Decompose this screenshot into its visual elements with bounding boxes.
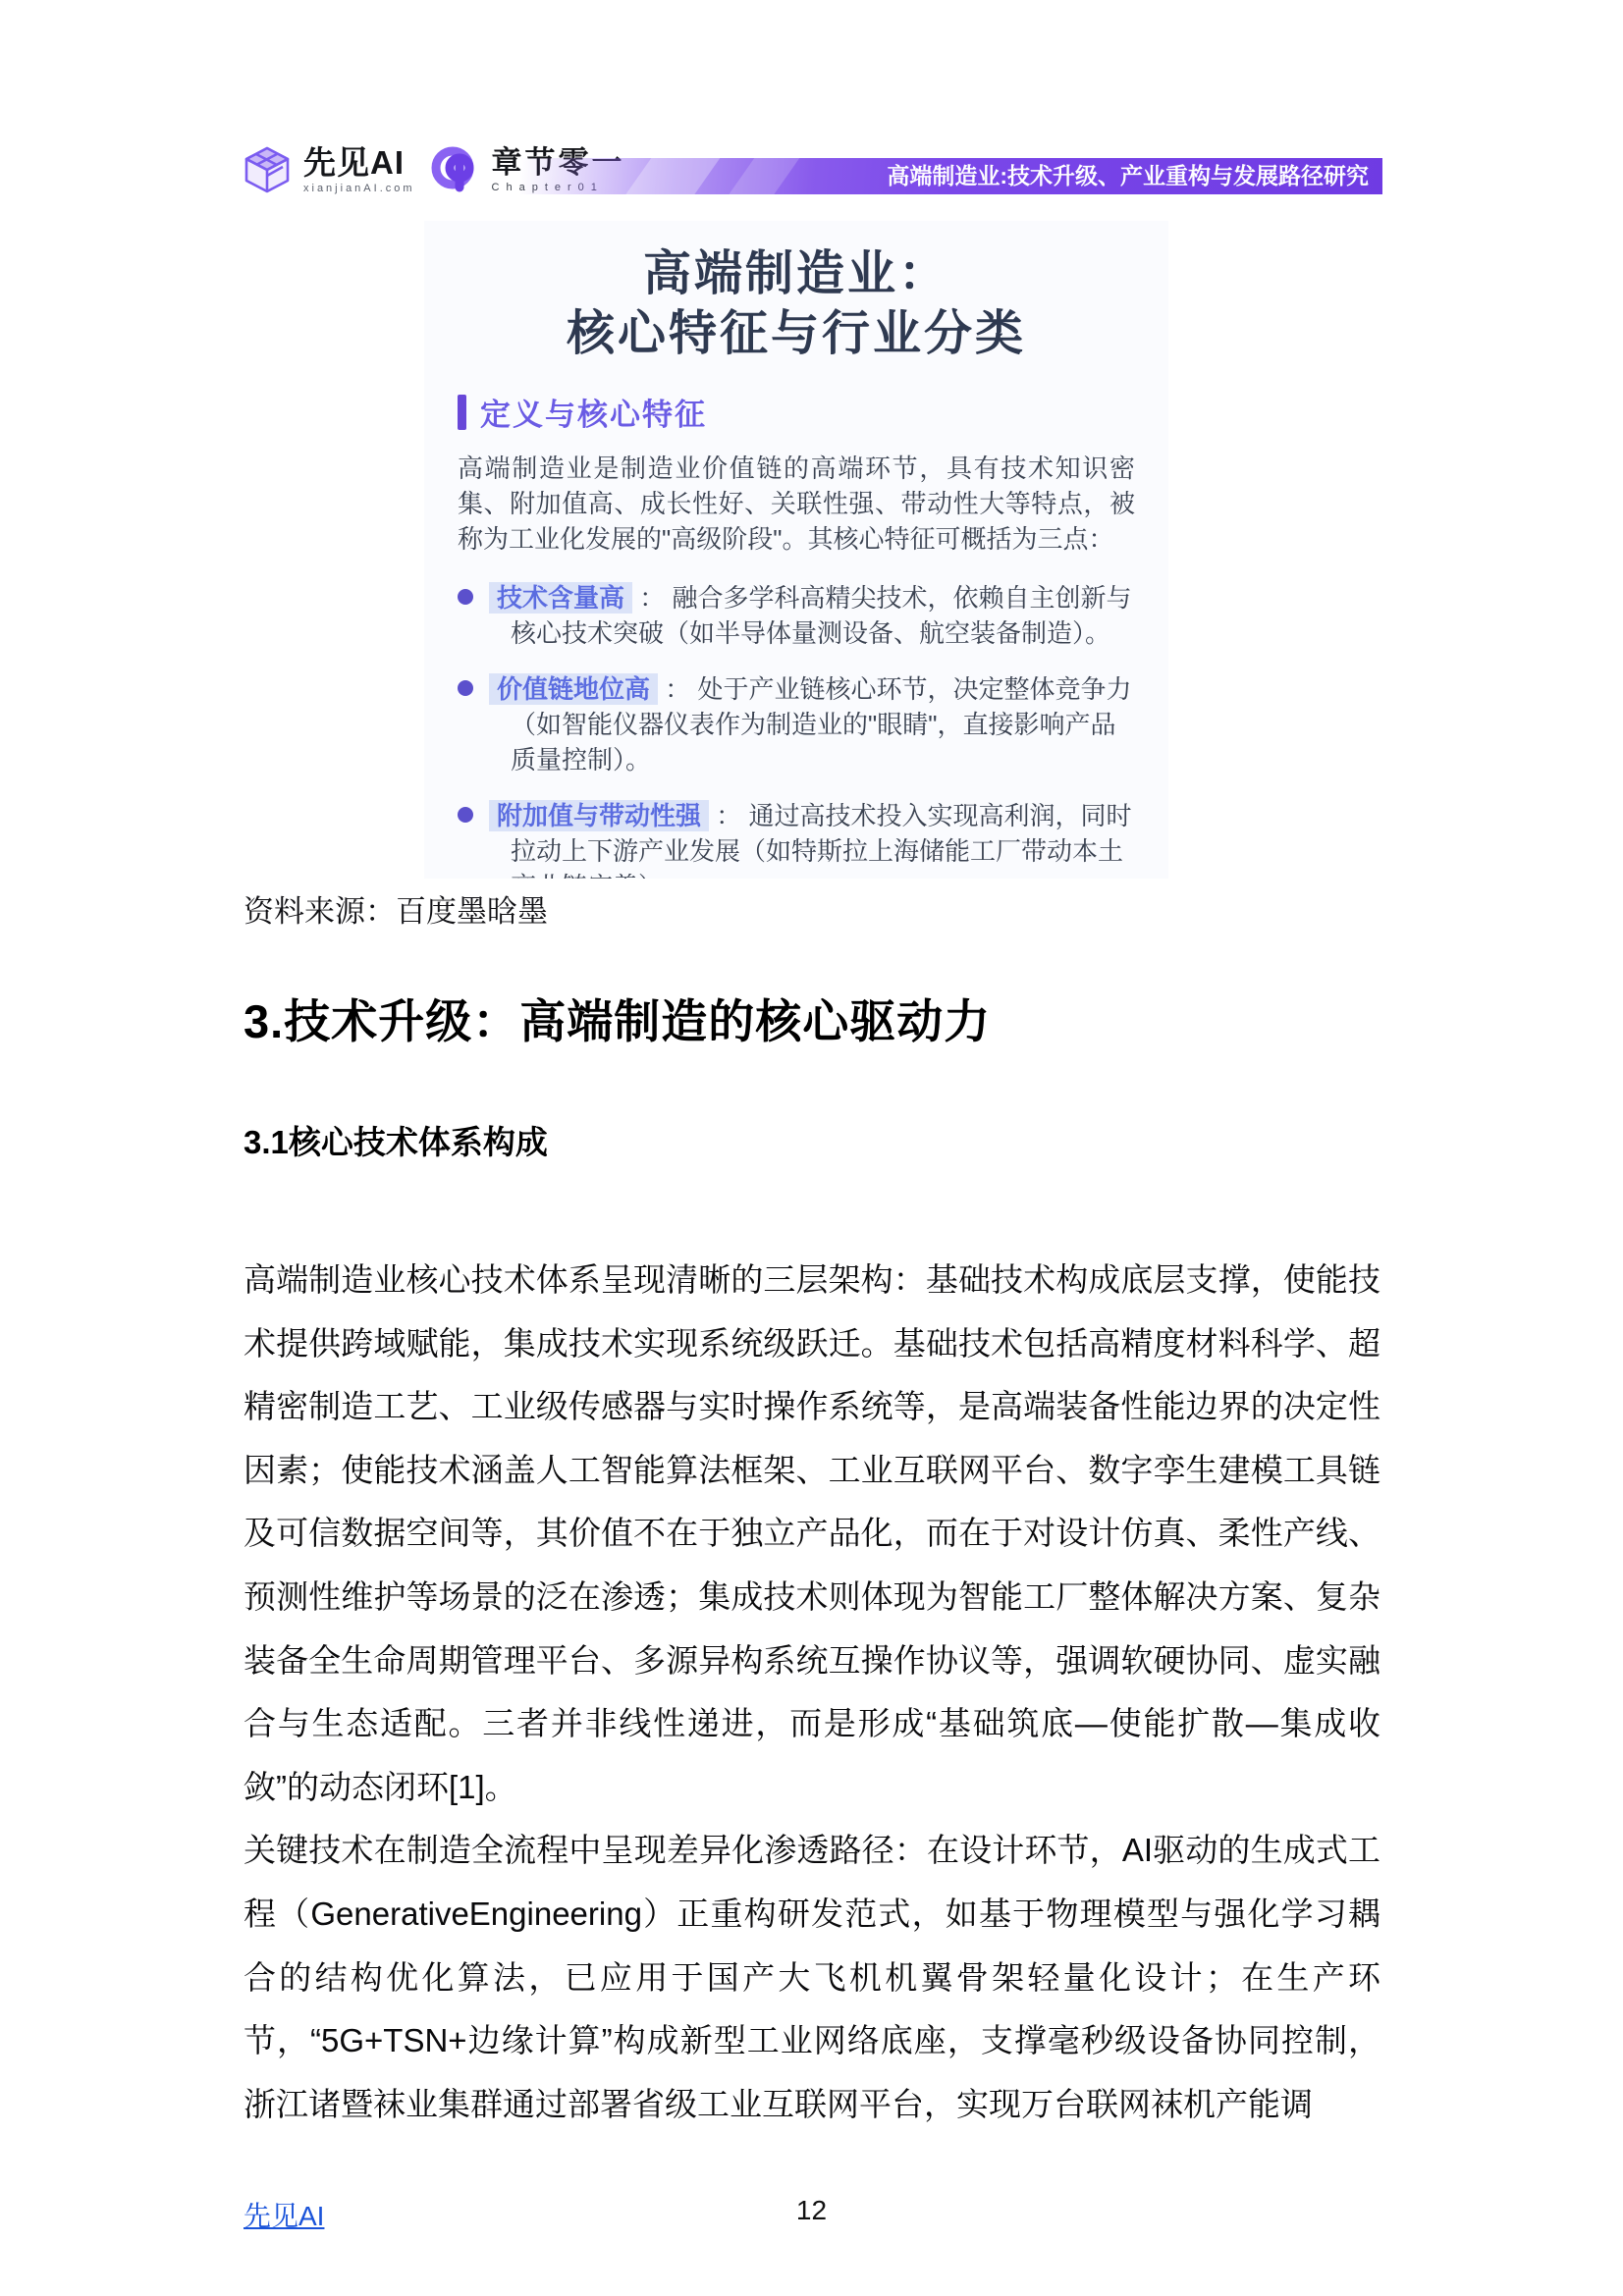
infographic-title-line1: 高端制造业： [458,244,1135,304]
section-accent-bar [458,395,466,430]
brand-cube-icon [241,143,294,196]
infographic-title-line2: 核心特征与行业分类 [458,304,1135,364]
page-footer: 先见AI 12 [0,2195,1623,2234]
bullet-dot-icon [458,807,473,823]
bullet-dot-icon [458,589,473,605]
body-paragraph-1: 高端制造业核心技术体系呈现清晰的三层架构：基础技术构成底层支撑，使能技术提供跨域… [243,1249,1380,1819]
brand-domain: xianjianAI.com [303,183,415,194]
header-banner: 高端制造业:技术升级、产业重构与发展路径研究 [520,158,1382,194]
body-paragraph-2: 关键技术在制造全流程中呈现差异化渗透路径：在设计环节，AI驱动的生成式工程（Ge… [243,1819,1380,2136]
infographic-bullet-list: 技术含量高 ： 融合多学科高精尖技术，依赖自主创新与核心技术突破（如半导体量测设… [458,580,1135,879]
page-header: 先见AI xianjianAI.com 章节零一 Chapter01 高端制造业… [241,139,1382,200]
infographic-title: 高端制造业： 核心特征与行业分类 [458,244,1135,364]
section-heading: 3.技术升级：高端制造的核心驱动力 [243,986,991,1051]
source-caption: 资料来源：百度墨晗墨 [243,886,548,931]
infographic-bullet-3: 附加值与带动性强 ： 通过高技术投入实现高利润，同时拉动上下游产业发展（如特斯拉… [458,798,1135,879]
bullet-keyword: 价值链地位高 [489,673,658,705]
brand-text: 先见AI xianjianAI.com [303,146,415,194]
subsection-heading: 3.1核心技术体系构成 [243,1117,548,1163]
chapter-cp-logo-icon [429,144,480,195]
infographic-section-title: 定义与核心特征 [480,390,707,434]
body-text-block: 高端制造业核心技术体系呈现清晰的三层架构：基础技术构成底层支撑，使能技术提供跨域… [243,1249,1380,2136]
page-number: 12 [0,2195,1623,2226]
brand-name: 先见AI [303,146,415,180]
document-page: 先见AI xianjianAI.com 章节零一 Chapter01 高端制造业… [0,0,1623,2296]
bullet-keyword: 附加值与带动性强 [489,800,709,831]
infographic-bullet-2: 价值链地位高 ： 处于产业链核心环节，决定整体竞争力（如智能仪器仪表作为制造业的… [458,671,1135,777]
infographic-section-header: 定义与核心特征 [458,390,1135,434]
bullet-dot-icon [458,680,473,696]
infographic-bullet-1: 技术含量高 ： 融合多学科高精尖技术，依赖自主创新与核心技术突破（如半导体量测设… [458,580,1135,651]
infographic-intro: 高端制造业是制造业价值链的高端环节，具有技术知识密集、附加值高、成长性好、关联性… [458,451,1135,557]
infographic-image: 高端制造业： 核心特征与行业分类 定义与核心特征 高端制造业是制造业价值链的高端… [424,221,1168,879]
bullet-keyword: 技术含量高 [489,582,632,614]
